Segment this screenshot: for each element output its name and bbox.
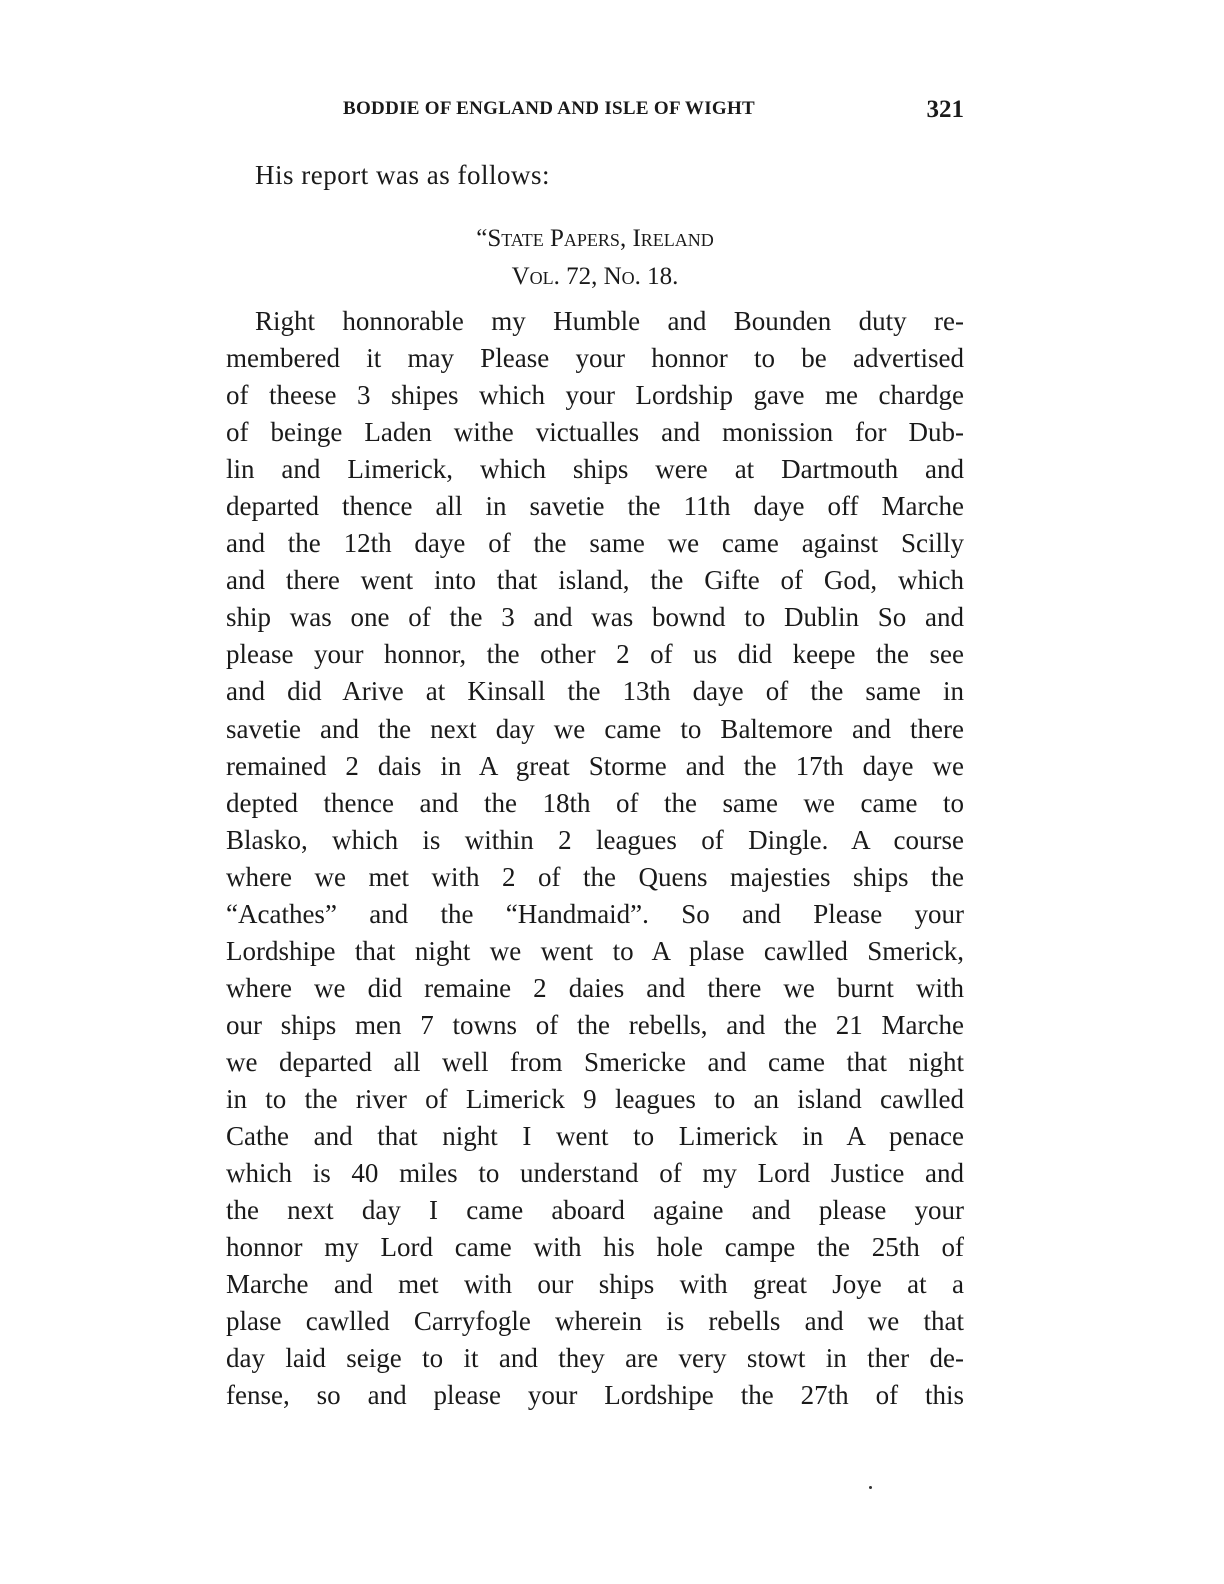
text-line: Lordshipe that night we went to A plase … xyxy=(226,933,964,970)
text-line: remained 2 dais in A great Storme and th… xyxy=(226,748,964,785)
text-line: where we met with 2 of the Quens majesti… xyxy=(226,859,964,896)
text-line: Blasko, which is within 2 leagues of Din… xyxy=(226,822,964,859)
text-line: Right honnorable my Humble and Bounden d… xyxy=(226,303,964,340)
text-line: lin and Limerick, which ships were at Da… xyxy=(226,451,964,488)
scan-speck xyxy=(869,1486,872,1489)
text-line: the next day I came aboard againe and pl… xyxy=(226,1192,964,1229)
text-line: plase cawlled Carryfogle wherein is rebe… xyxy=(226,1303,964,1340)
text-line: departed thence all in savetie the 11th … xyxy=(226,488,964,525)
intro-sentence: His report was as follows: xyxy=(255,160,550,191)
text-line: Cathe and that night I went to Limerick … xyxy=(226,1118,964,1155)
text-line: our ships men 7 towns of the rebells, an… xyxy=(226,1007,964,1044)
text-line: please your honnor, the other 2 of us di… xyxy=(226,636,964,673)
running-head: BODDIE OF ENGLAND AND ISLE OF WIGHT 321 xyxy=(226,96,964,126)
text-line: and there went into that island, the Gif… xyxy=(226,562,964,599)
text-line: of beinge Laden withe victualles and mon… xyxy=(226,414,964,451)
text-line: savetie and the next day we came to Balt… xyxy=(226,711,964,748)
letter-body: Right honnorable my Humble and Bounden d… xyxy=(226,303,964,1414)
text-line: membered it may Please your honnor to be… xyxy=(226,340,964,377)
text-line: depted thence and the 18th of the same w… xyxy=(226,785,964,822)
running-title: BODDIE OF ENGLAND AND ISLE OF WIGHT xyxy=(343,98,755,120)
page-number: 321 xyxy=(927,96,965,124)
document-heading-volume: Vol. 72, No. 18. xyxy=(226,263,964,291)
text-line: ship was one of the 3 and was bownd to D… xyxy=(226,599,964,636)
text-line: where we did remaine 2 daies and there w… xyxy=(226,970,964,1007)
text-line: Marche and met with our ships with great… xyxy=(226,1266,964,1303)
text-line: fense, so and please your Lordshipe the … xyxy=(226,1377,964,1414)
text-line: honnor my Lord came with his hole campe … xyxy=(226,1229,964,1266)
text-line: and the 12th daye of the same we came ag… xyxy=(226,525,964,562)
text-line: which is 40 miles to understand of my Lo… xyxy=(226,1155,964,1192)
text-line: “Acathes” and the “Handmaid”. So and Ple… xyxy=(226,896,964,933)
text-line: and did Arive at Kinsall the 13th daye o… xyxy=(226,673,964,710)
text-line: of theese 3 shipes which your Lordship g… xyxy=(226,377,964,414)
document-heading-title: “State Papers, Ireland xyxy=(226,225,964,253)
text-line: in to the river of Limerick 9 leagues to… xyxy=(226,1081,964,1118)
text-line: day laid seige to it and they are very s… xyxy=(226,1340,964,1377)
text-line: we departed all well from Smericke and c… xyxy=(226,1044,964,1081)
